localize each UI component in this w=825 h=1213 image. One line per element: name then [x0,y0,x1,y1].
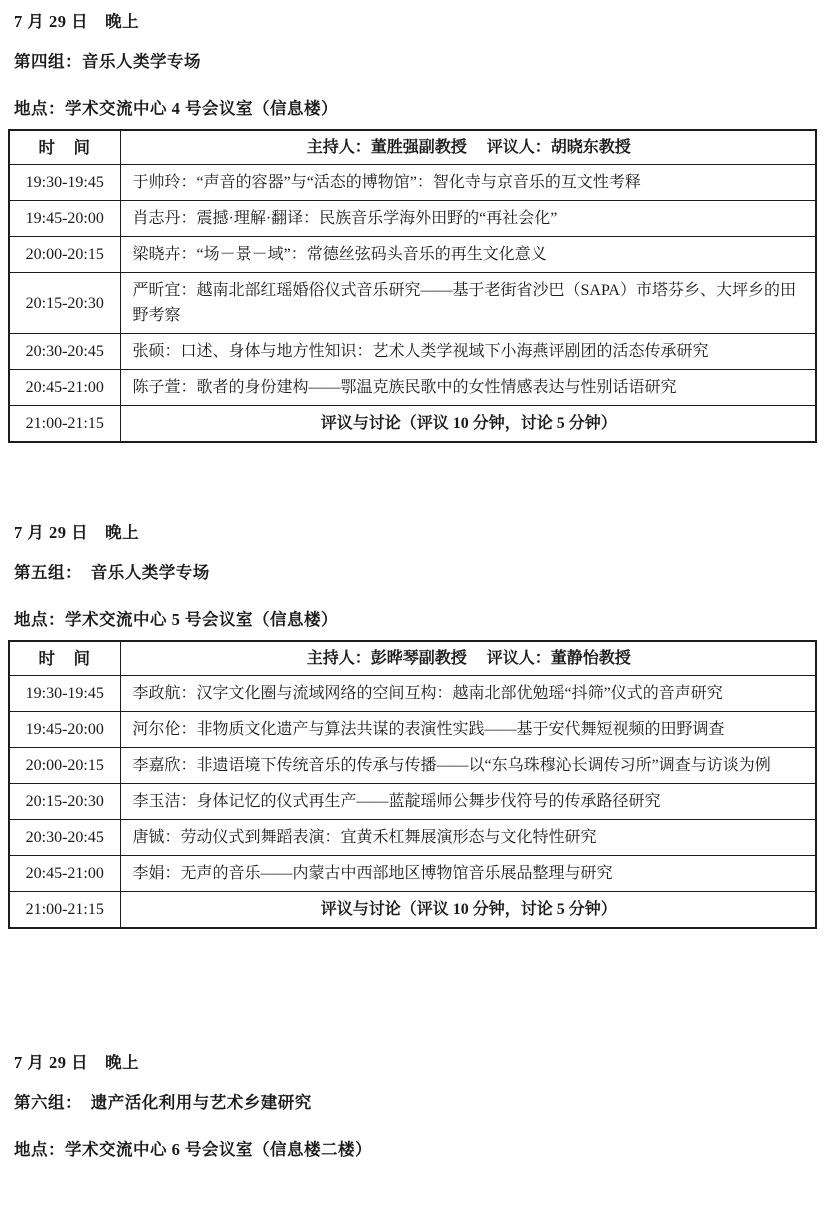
time-cell: 19:45-20:00 [9,712,120,748]
time-cell: 20:15-20:30 [9,273,120,334]
table-row: 20:45-21:00 李娟：无声的音乐——内蒙古中西部地区博物馆音乐展品整理与… [9,856,816,892]
session-section-group5: 7 月 29 日 晚上 第五组： 音乐人类学专场 地点：学术交流中心 5 号会议… [8,523,817,929]
time-cell: 20:30-20:45 [9,820,120,856]
table-row: 19:30-19:45 李政航：汉字文化圈与流域网络的空间互构：越南北部优勉瑶“… [9,676,816,712]
table-header-row: 时 间 主持人：董胜强副教授 评议人：胡晓东教授 [9,130,816,165]
schedule-table-group5: 时 间 主持人：彭晔琴副教授 评议人：董静怡教授 19:30-19:45 李政航… [8,640,817,929]
presentation-cell: 张硕：口述、身体与地方性知识：艺术人类学视域下小海燕评剧团的活态传承研究 [120,334,816,370]
chairs-header-cell: 主持人：董胜强副教授 评议人：胡晓东教授 [120,130,816,165]
schedule-table-group4: 时 间 主持人：董胜强副教授 评议人：胡晓东教授 19:30-19:45 于帅玲… [8,129,817,443]
table-row: 20:30-20:45 张硕：口述、身体与地方性知识：艺术人类学视域下小海燕评剧… [9,334,816,370]
session-date: 7 月 29 日 晚上 [14,523,817,543]
table-row: 19:45-20:00 河尔伦：非物质文化遗产与算法共谋的表演性实践——基于安代… [9,712,816,748]
time-cell: 20:00-20:15 [9,748,120,784]
time-header-cell: 时 间 [9,641,120,676]
chairs-header-cell: 主持人：彭晔琴副教授 评议人：董静怡教授 [120,641,816,676]
table-row: 20:15-20:30 严昕宜：越南北部红瑶婚俗仪式音乐研究——基于老街省沙巴（… [9,273,816,334]
session-date: 7 月 29 日 晚上 [14,1053,817,1073]
presentation-cell: 陈子萱：歌者的身份建构——鄂温克族民歌中的女性情感表达与性别话语研究 [120,370,816,406]
time-header-cell: 时 间 [9,130,120,165]
presentation-cell: 于帅玲：“声音的容器”与“活态的博物馆”：智化寺与京音乐的互文性考释 [120,165,816,201]
table-row: 21:00-21:15 评议与讨论（评议 10 分钟，讨论 5 分钟） [9,406,816,443]
time-cell: 20:45-21:00 [9,370,120,406]
session-group-title: 第六组： 遗产活化利用与艺术乡建研究 [14,1093,817,1113]
discussion-cell: 评议与讨论（评议 10 分钟，讨论 5 分钟） [120,892,816,929]
time-cell: 19:45-20:00 [9,201,120,237]
session-date: 7 月 29 日 晚上 [14,12,817,32]
presentation-cell: 唐铖：劳动仪式到舞蹈表演：宜黄禾杠舞展演形态与文化特性研究 [120,820,816,856]
session-venue: 地点：学术交流中心 5 号会议室（信息楼） [14,610,817,630]
table-header-row: 时 间 主持人：彭晔琴副教授 评议人：董静怡教授 [9,641,816,676]
table-row: 19:45-20:00 肖志丹：震撼·理解·翻译：民族音乐学海外田野的“再社会化… [9,201,816,237]
time-cell: 19:30-19:45 [9,165,120,201]
conference-program-page: 7 月 29 日 晚上 第四组：音乐人类学专场 地点：学术交流中心 4 号会议室… [0,0,825,1160]
presentation-cell: 梁晓卉：“场－景－域”：常德丝弦码头音乐的再生文化意义 [120,237,816,273]
presentation-cell: 严昕宜：越南北部红瑶婚俗仪式音乐研究——基于老街省沙巴（SAPA）市塔芬乡、大坪… [120,273,816,334]
session-venue: 地点：学术交流中心 4 号会议室（信息楼） [14,99,817,119]
presentation-cell: 肖志丹：震撼·理解·翻译：民族音乐学海外田野的“再社会化” [120,201,816,237]
time-cell: 21:00-21:15 [9,892,120,929]
presentation-cell: 河尔伦：非物质文化遗产与算法共谋的表演性实践——基于安代舞短视频的田野调查 [120,712,816,748]
table-row: 21:00-21:15 评议与讨论（评议 10 分钟，讨论 5 分钟） [9,892,816,929]
time-cell: 21:00-21:15 [9,406,120,443]
discussion-cell: 评议与讨论（评议 10 分钟，讨论 5 分钟） [120,406,816,443]
time-cell: 20:30-20:45 [9,334,120,370]
presentation-cell: 李嘉欣：非遗语境下传统音乐的传承与传播——以“东乌珠穆沁长调传习所”调查与访谈为… [120,748,816,784]
table-row: 20:45-21:00 陈子萱：歌者的身份建构——鄂温克族民歌中的女性情感表达与… [9,370,816,406]
time-cell: 19:30-19:45 [9,676,120,712]
presentation-cell: 李政航：汉字文化圈与流域网络的空间互构：越南北部优勉瑶“抖筛”仪式的音声研究 [120,676,816,712]
time-cell: 20:00-20:15 [9,237,120,273]
time-cell: 20:45-21:00 [9,856,120,892]
session-venue: 地点：学术交流中心 6 号会议室（信息楼二楼） [14,1140,817,1160]
presentation-cell: 李玉洁：身体记忆的仪式再生产——蓝靛瑶师公舞步伐符号的传承路径研究 [120,784,816,820]
session-section-group4: 7 月 29 日 晚上 第四组：音乐人类学专场 地点：学术交流中心 4 号会议室… [8,12,817,443]
table-row: 20:15-20:30 李玉洁：身体记忆的仪式再生产——蓝靛瑶师公舞步伐符号的传… [9,784,816,820]
time-cell: 20:15-20:30 [9,784,120,820]
table-row: 20:00-20:15 李嘉欣：非遗语境下传统音乐的传承与传播——以“东乌珠穆沁… [9,748,816,784]
table-row: 19:30-19:45 于帅玲：“声音的容器”与“活态的博物馆”：智化寺与京音乐… [9,165,816,201]
table-row: 20:00-20:15 梁晓卉：“场－景－域”：常德丝弦码头音乐的再生文化意义 [9,237,816,273]
session-group-title: 第四组：音乐人类学专场 [14,52,817,72]
presentation-cell: 李娟：无声的音乐——内蒙古中西部地区博物馆音乐展品整理与研究 [120,856,816,892]
session-section-group6: 7 月 29 日 晚上 第六组： 遗产活化利用与艺术乡建研究 地点：学术交流中心… [8,1053,817,1160]
session-group-title: 第五组： 音乐人类学专场 [14,563,817,583]
table-row: 20:30-20:45 唐铖：劳动仪式到舞蹈表演：宜黄禾杠舞展演形态与文化特性研… [9,820,816,856]
